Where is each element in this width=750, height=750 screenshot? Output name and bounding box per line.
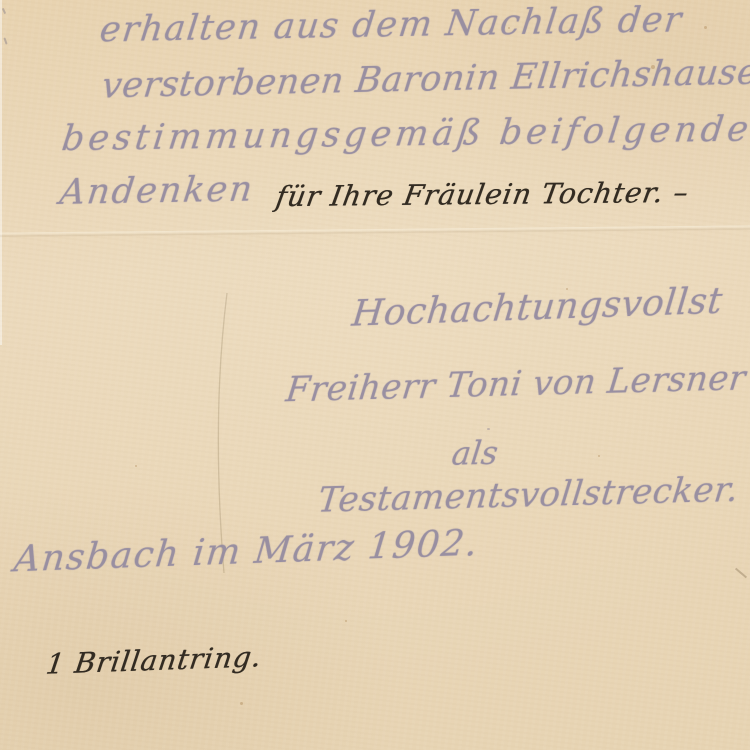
closing-salutation: Hochachtungsvollst bbox=[350, 281, 725, 334]
body-line-4-word-andenken: Andenken bbox=[58, 170, 257, 212]
edge-tick-mark bbox=[735, 568, 747, 579]
body-line-3: bestimmungsgemäß beifolgendes bbox=[60, 110, 750, 159]
signature-name: Freiherr Toni von Lersner bbox=[284, 360, 748, 410]
enclosure-note: 1 Brillantring. bbox=[44, 642, 264, 680]
body-line-1: erhalten aus dem Nachlaß der bbox=[98, 1, 685, 50]
dateline: Ansbach im März 1902. bbox=[12, 524, 480, 580]
paper-speck bbox=[240, 702, 243, 705]
inline-annotation-dark-ink: für Ihre Fräulein Tochter. – bbox=[273, 178, 691, 213]
paper-speck bbox=[487, 428, 490, 430]
edge-mark bbox=[3, 37, 7, 44]
paper-speck bbox=[598, 455, 600, 457]
closing-role: Testamentsvollstrecker. bbox=[316, 471, 741, 520]
handwritten-letter-scan: erhalten aus dem Nachlaß der verstorbene… bbox=[0, 0, 750, 750]
edge-mark bbox=[2, 8, 6, 14]
paper-speck bbox=[345, 620, 347, 622]
horizontal-fold-crease bbox=[0, 225, 750, 237]
body-line-2: verstorbenen Baronin Ellrichshausen bbox=[100, 53, 750, 106]
paper-speck bbox=[135, 465, 137, 467]
closing-connector: als bbox=[450, 436, 500, 472]
scan-edge-highlight bbox=[0, 0, 2, 345]
paper-speck bbox=[704, 26, 707, 29]
